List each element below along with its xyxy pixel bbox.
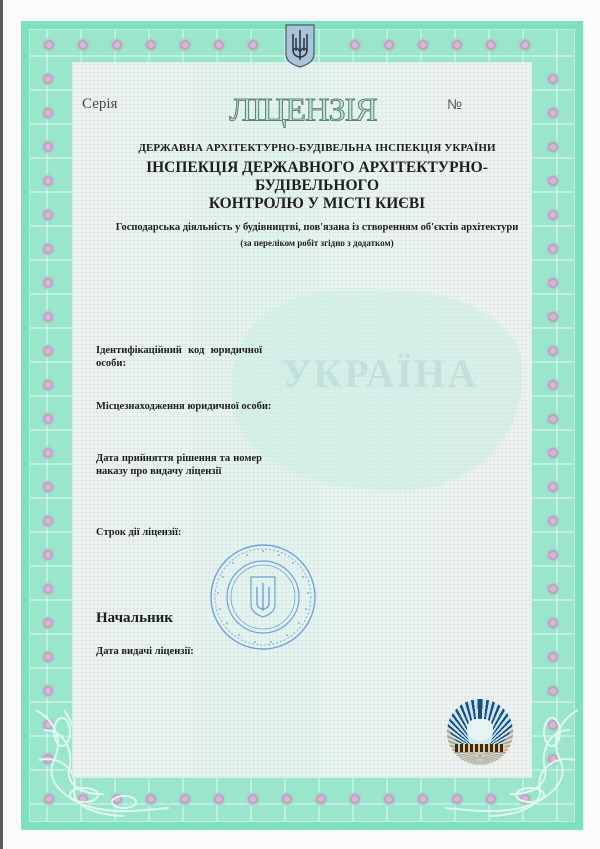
border-rosette	[41, 106, 55, 120]
border-rosette	[382, 38, 396, 52]
border-rosette	[212, 792, 226, 806]
border-rosette	[246, 792, 260, 806]
issuer-header: ДЕРЖАВНА АРХІТЕКТУРНО-БУДІВЕЛЬНА ІНСПЕКЦ…	[92, 142, 542, 248]
chief-label: Начальник	[96, 610, 173, 627]
official-stamp	[209, 543, 317, 651]
border-rosette	[546, 480, 560, 494]
border-rosette	[178, 38, 192, 52]
border-rosette	[546, 548, 560, 562]
border-rosette	[546, 106, 560, 120]
border-rosette	[546, 582, 560, 596]
border-rosette	[144, 38, 158, 52]
border-rosette	[546, 514, 560, 528]
border-rosette	[518, 38, 532, 52]
border-rosette	[41, 310, 55, 324]
border-rosette	[42, 38, 56, 52]
border-rosette	[41, 208, 55, 222]
coat-of-arms-icon	[285, 24, 315, 68]
decision-label: Дата прийняття рішення та номер наказу п…	[96, 452, 262, 478]
border-rosette	[212, 38, 226, 52]
watermark-text: УКРАЇНА	[282, 350, 478, 397]
license-title: ЛІЦЕНЗІЯ	[220, 93, 386, 129]
border-rosette	[314, 792, 328, 806]
border-rosette	[546, 412, 560, 426]
border-rosette	[41, 548, 55, 562]
border-rosette	[41, 276, 55, 290]
border-rosette	[76, 38, 90, 52]
border-rosette	[546, 344, 560, 358]
border-rosette	[246, 38, 260, 52]
border-rosette	[41, 378, 55, 392]
agency-name: ДЕРЖАВНА АРХІТЕКТУРНО-БУДІВЕЛЬНА ІНСПЕКЦ…	[92, 142, 542, 154]
identification-code-label: Ідентифікаційний код юридичної особи:	[96, 344, 262, 370]
border-rosette	[546, 310, 560, 324]
border-rosette	[41, 242, 55, 256]
number-label: №	[447, 96, 462, 112]
border-rosette	[280, 792, 294, 806]
border-rosette	[110, 38, 124, 52]
series-label: Серія	[82, 96, 117, 113]
border-rosette	[546, 616, 560, 630]
border-rosette	[41, 140, 55, 154]
inspection-name-line1: ІНСПЕКЦІЯ ДЕРЖАВНОГО АРХІТЕКТУРНО-БУДІВЕ…	[92, 159, 542, 195]
border-rosette	[41, 72, 55, 86]
border-rosette	[546, 378, 560, 392]
license-term-label: Строк дії ліцензії:	[96, 526, 181, 539]
border-rosette	[546, 276, 560, 290]
border-rosette	[546, 174, 560, 188]
border-rosette	[41, 174, 55, 188]
inspection-name-line2: КОНТРОЛЮ У МІСТІ КИЄВІ	[92, 195, 542, 213]
border-rosette	[348, 38, 362, 52]
border-rosette	[41, 616, 55, 630]
border-rosette	[178, 792, 192, 806]
border-rosette	[546, 72, 560, 86]
border-rosette	[484, 38, 498, 52]
hologram-emblem	[467, 719, 493, 741]
border-rosette	[546, 446, 560, 460]
border-rosette	[546, 208, 560, 222]
border-rosette	[382, 792, 396, 806]
border-rosette	[450, 38, 464, 52]
border-rosette	[546, 242, 560, 256]
border-rosette	[546, 650, 560, 664]
issue-date-label: Дата видачі ліцензії:	[96, 645, 194, 658]
border-rosette	[41, 650, 55, 664]
activity-note: (за переліком робіт згідно з додатком)	[92, 238, 542, 248]
border-rosette	[41, 344, 55, 358]
border-rosette	[546, 140, 560, 154]
scan-edge	[0, 0, 3, 849]
border-rosette	[348, 792, 362, 806]
border-rosette	[41, 446, 55, 460]
border-rosette	[41, 582, 55, 596]
hologram-sticker	[447, 699, 513, 765]
location-label: Місцезнаходження юридичної особи:	[96, 400, 271, 413]
border-rosette	[41, 480, 55, 494]
border-rosette	[41, 514, 55, 528]
border-rosette	[416, 792, 430, 806]
border-rosette	[416, 38, 430, 52]
hologram-text-band	[455, 744, 505, 752]
border-rosette	[41, 412, 55, 426]
activity-type: Господарська діяльність у будівництві, п…	[92, 222, 542, 233]
